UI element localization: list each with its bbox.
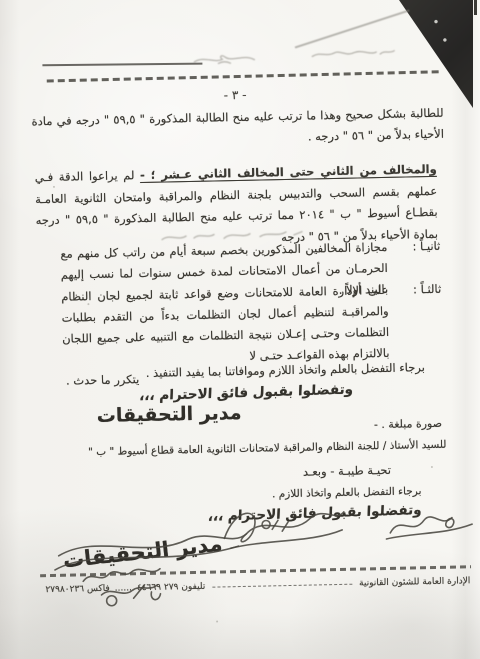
faded-header-script	[310, 47, 396, 61]
footer-department: الإدارة العامة للشئون القانونية	[359, 576, 470, 588]
scan-speck	[87, 303, 89, 305]
copy-note: صورة مبلغة . -	[374, 417, 442, 431]
signature-scribble-main	[48, 522, 255, 616]
document-content: - ٣ - للطالبة بشكل صحيح وهذا ما ترتب علي…	[0, 0, 480, 659]
scan-speck	[300, 351, 302, 353]
scan-speck	[431, 466, 433, 468]
scanned-document-page: - ٣ - للطالبة بشكل صحيح وهذا ما ترتب علي…	[0, 0, 480, 659]
scan-speck	[53, 186, 55, 188]
clause-text-main: على الإدارة العامة للامتحانات وضع قواعد …	[61, 283, 390, 363]
signature-scribble-right	[384, 507, 477, 549]
emblem-icon	[192, 52, 256, 67]
header-rule	[42, 63, 202, 66]
greeting-line: تحيـة طيبـة - وبعـد	[303, 463, 391, 479]
paragraph-continuation: للطالبة بشكل صحيح وهذا ما ترتب عليه منح …	[31, 103, 444, 154]
header-dashed-separator	[47, 70, 442, 82]
scan-corner-seam	[474, 0, 477, 15]
addressee-line: للسيد الأستاذ / للجنة النظام والمراقبة ل…	[88, 439, 447, 459]
scan-speck	[216, 621, 218, 623]
violations-heading: والمخالف من الثاني حتى المخالف الثاني عـ…	[140, 162, 437, 182]
signature-title-investigations-director: مدير التحقيقات	[97, 402, 242, 427]
